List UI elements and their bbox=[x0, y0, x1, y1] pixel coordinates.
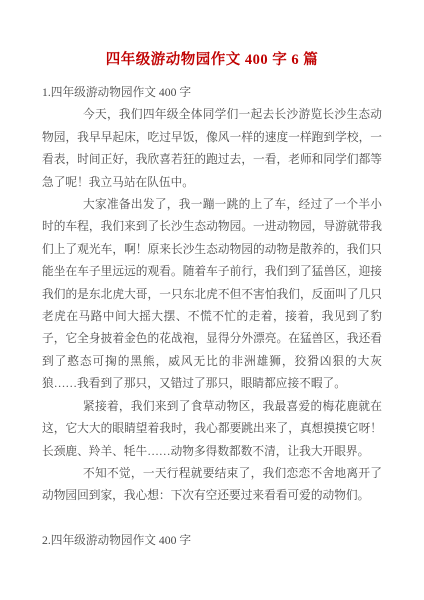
section-1-heading: 1.四年级游动物园作文 400 字 bbox=[42, 82, 382, 104]
section-1-paragraph-1: 今天，我们四年级全体同学们一起去长沙游览长沙生态动物园，我早早起床，吃过早饭，像… bbox=[42, 104, 382, 194]
document-body: 1.四年级游动物园作文 400 字 今天，我们四年级全体同学们一起去长沙游览长沙… bbox=[42, 82, 382, 552]
document-page: 四年级游动物园作文 400 字 6 篇 1.四年级游动物园作文 400 字 今天… bbox=[0, 0, 424, 600]
document-title: 四年级游动物园作文 400 字 6 篇 bbox=[42, 50, 382, 71]
section-1-paragraph-3: 紧接着，我们来到了食草动物区，我最喜爱的梅花鹿就在这，它大大的眼睛望着我时，我心… bbox=[42, 396, 382, 463]
section-1-paragraph-2: 大家准备出发了，我一蹦一跳的上了车，经过了一个半小时的车程，我们来到了长沙生态动… bbox=[42, 194, 382, 396]
section-1-paragraph-4: 不知不觉，一天行程就要结束了，我们恋恋不舍地离开了动物园回到家，我心想：下次有空… bbox=[42, 463, 382, 508]
section-2-heading: 2.四年级游动物园作文 400 字 bbox=[42, 530, 382, 552]
